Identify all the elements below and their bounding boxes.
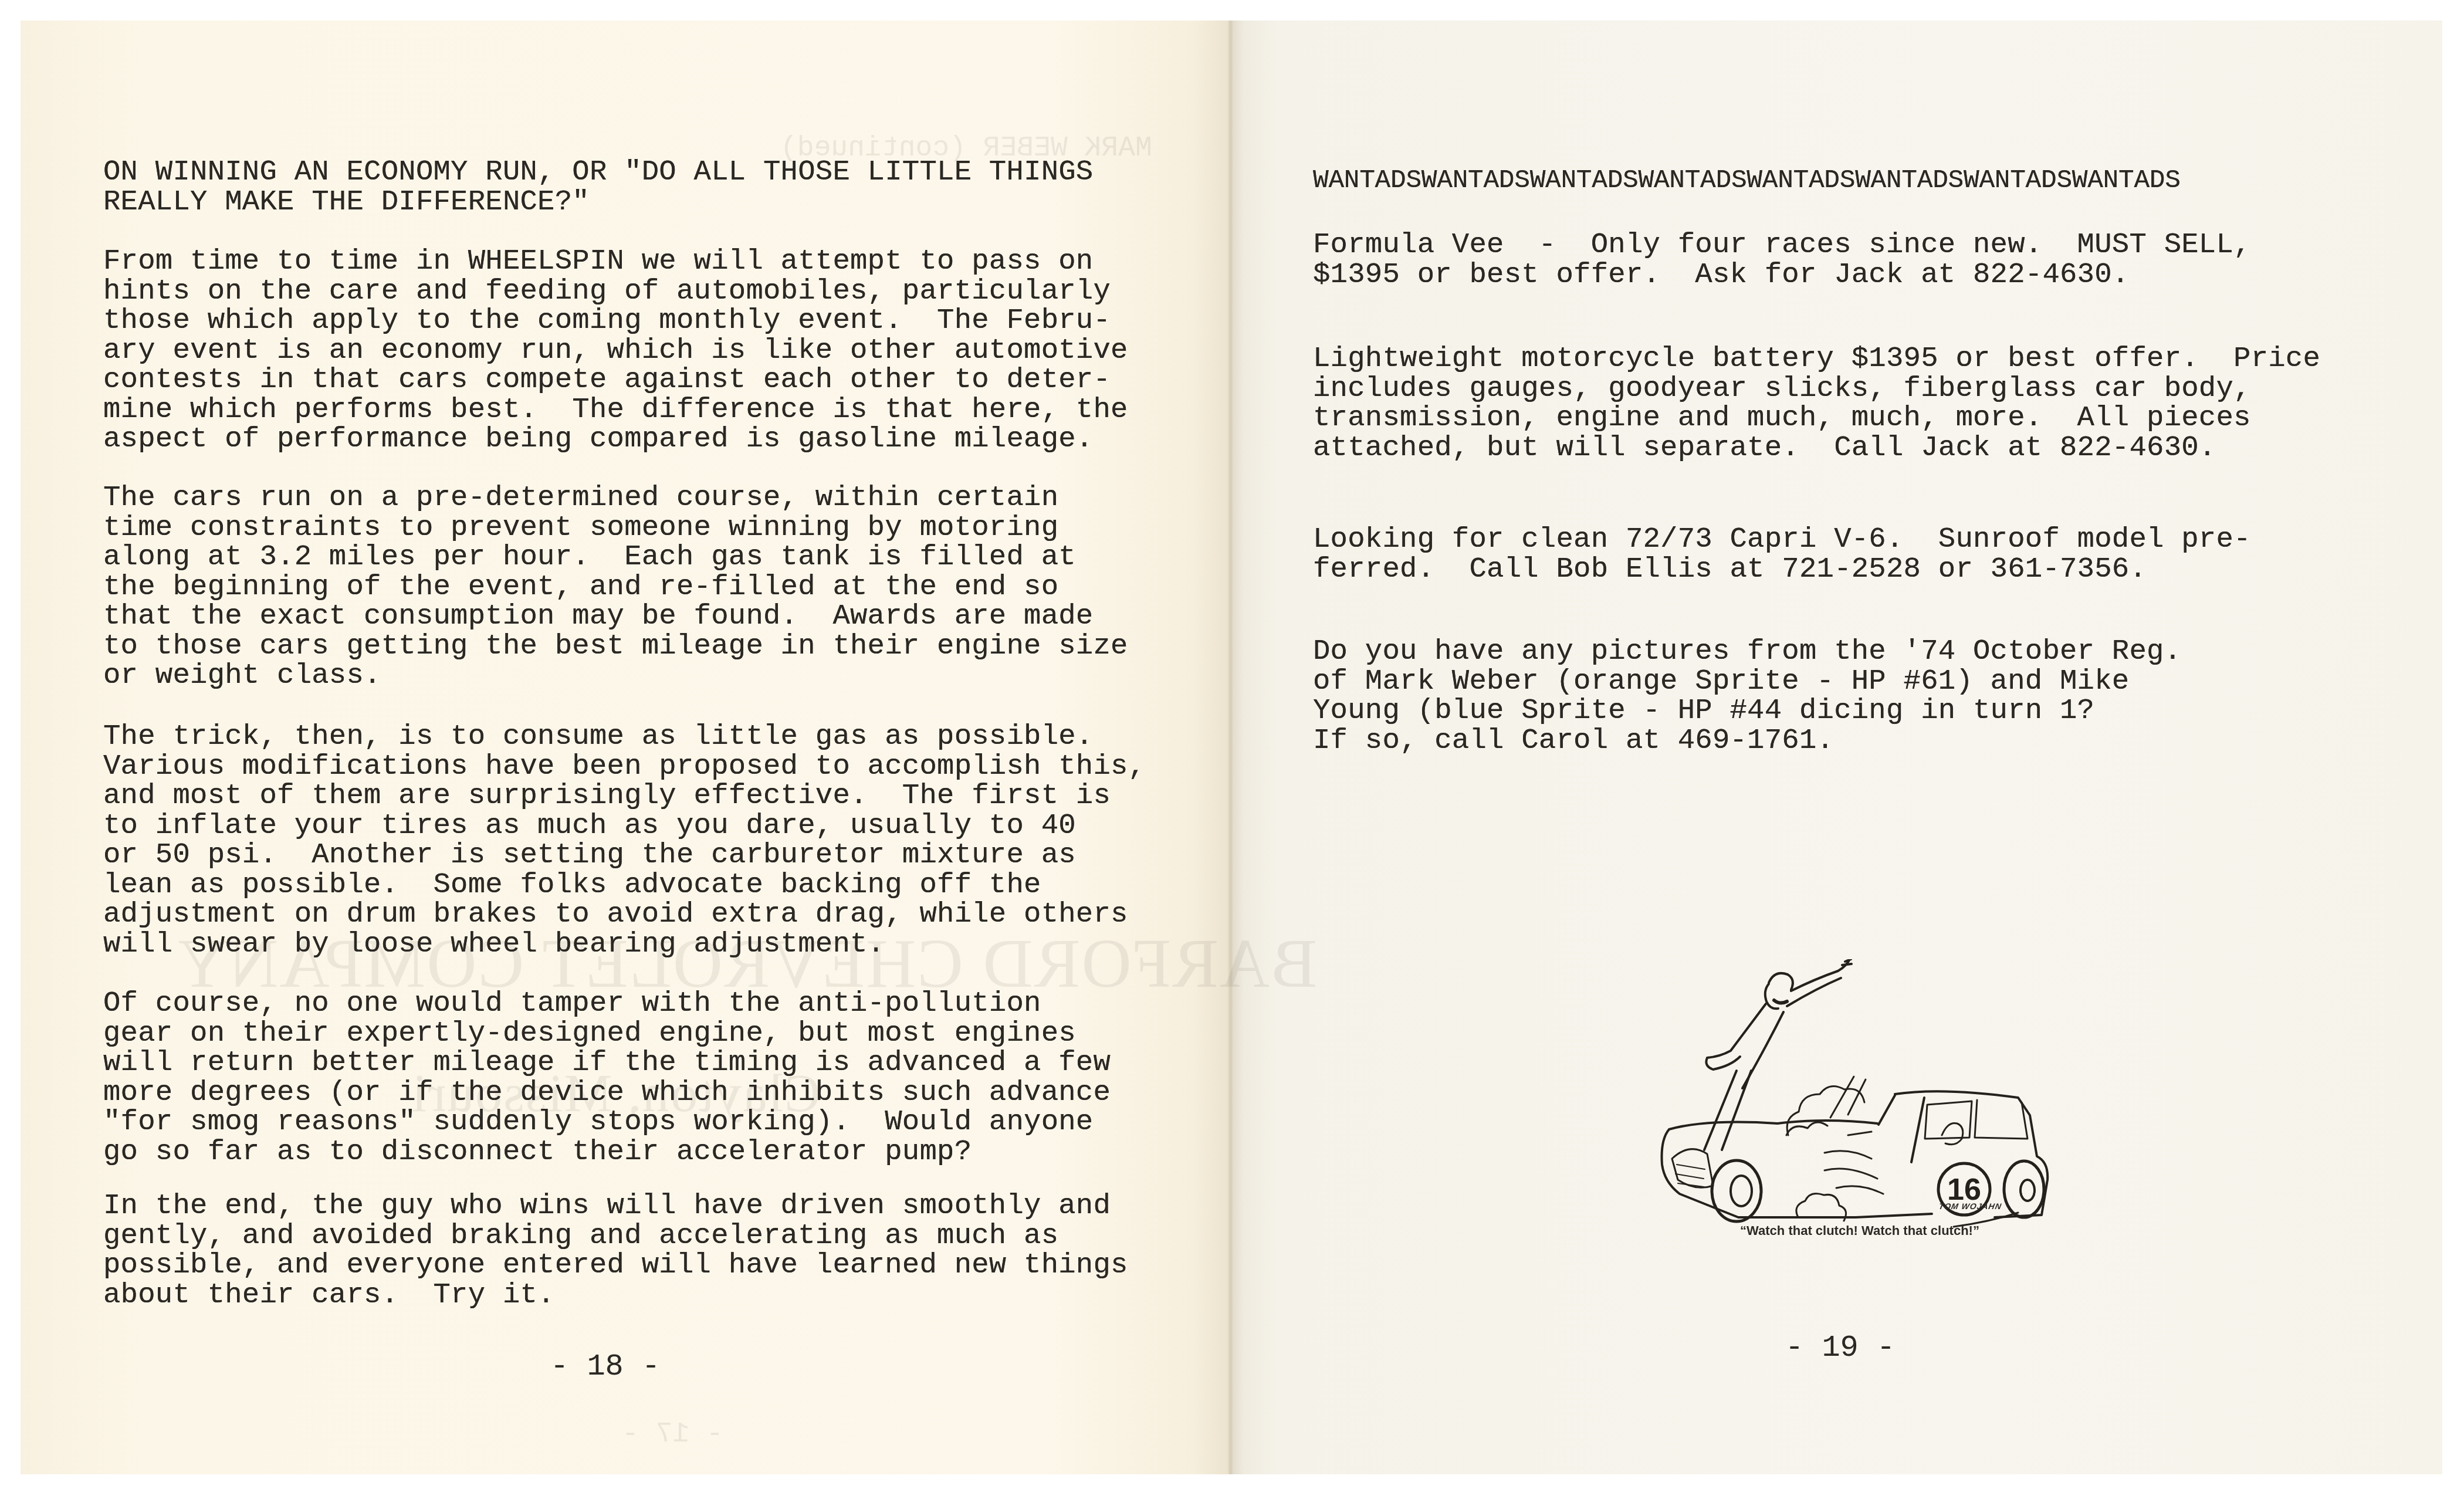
article-paragraph: The cars run on a pre-determined course,…	[103, 483, 1128, 691]
article-paragraph: From time to time in WHEELSPIN we will a…	[103, 246, 1128, 454]
want-ad-capri: Looking for clean 72/73 Capri V-6. Sunro…	[1313, 524, 2251, 584]
article-paragraph: In the end, the guy who wins will have d…	[103, 1191, 1128, 1309]
want-ads-header: WANTADSWANTADSWANTADSWANTADSWANTADSWANTA…	[1313, 166, 2181, 196]
page-number-19: - 19 -	[1785, 1331, 1895, 1365]
cartoon-caption: “Watch that clutch! Watch that clutch!”	[1678, 1223, 2042, 1238]
want-ad-formula-vee: Formula Vee - Only four races since new.…	[1313, 230, 2251, 289]
race-car-cartoon: 16	[1649, 959, 2071, 1235]
want-ad-motorcycle-battery: Lightweight motorcycle battery $1395 or …	[1313, 344, 2320, 462]
article-paragraph: Of course, no one would tamper with the …	[103, 989, 1111, 1166]
book-spine	[1228, 21, 1234, 1474]
article-title: ON WINNING AN ECONOMY RUN, OR "DO ALL TH…	[103, 157, 1093, 216]
dust-cloud	[1786, 1077, 1866, 1221]
article-paragraph: The trick, then, is to consume as little…	[103, 722, 1145, 959]
page-number-18: - 18 -	[550, 1349, 660, 1384]
want-ad-pictures: Do you have any pictures from the '74 Oc…	[1313, 637, 2181, 755]
cartoonist-signature: TOM WOJAHN	[1938, 1201, 2003, 1211]
